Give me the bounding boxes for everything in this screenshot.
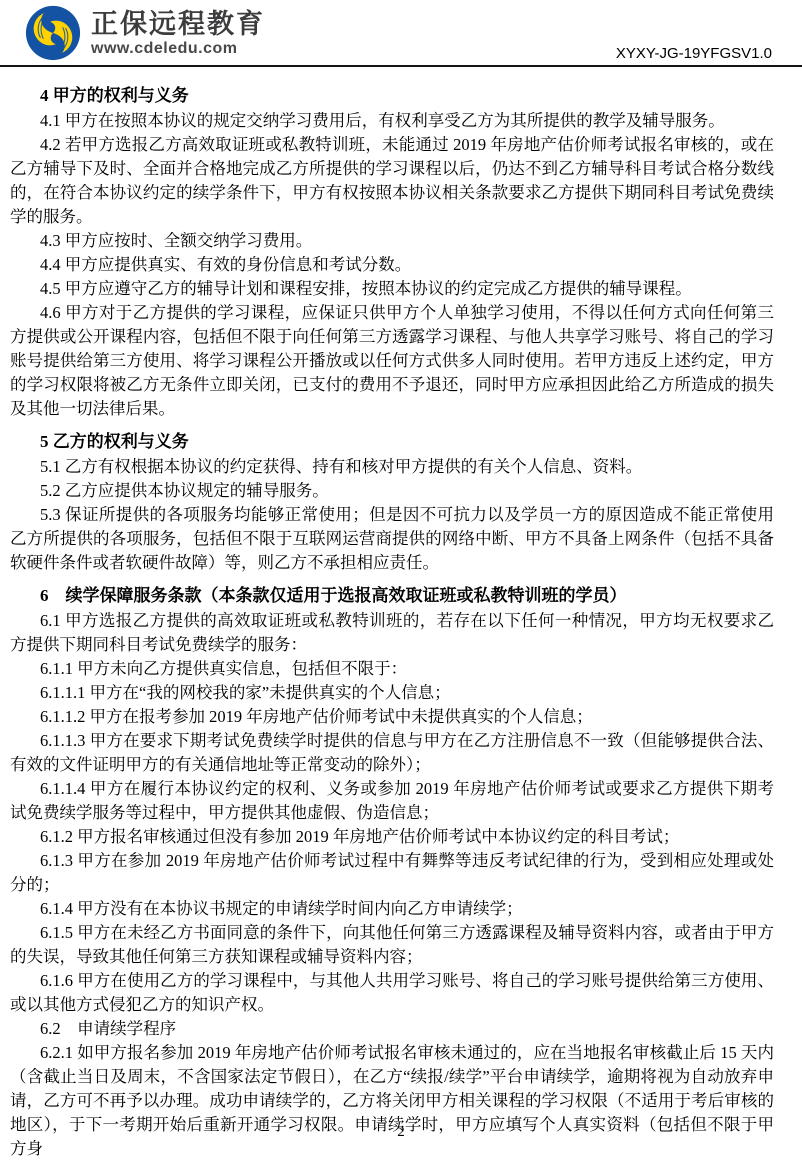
page-number: 2: [397, 1124, 405, 1140]
clause-paragraph: 6.2 申请续学程序: [10, 1017, 774, 1041]
company-name: 正保远程教育: [91, 9, 265, 39]
page-footer: 2: [0, 1124, 802, 1141]
clause-paragraph: 4.4 甲方应提供真实、有效的身份信息和考试分数。: [10, 253, 774, 277]
company-logo-text: 正保远程教育 www.cdeledu.com: [91, 9, 265, 58]
clause-paragraph: 6.1.1.2 甲方在报考参加 2019 年房地产估价师考试中未提供真实的个人信…: [10, 705, 774, 729]
clause-paragraph: 6.1.1 甲方未向乙方提供真实信息，包括但不限于：: [10, 657, 774, 681]
clause-paragraph: 5.2 乙方应提供本协议规定的辅导服务。: [10, 479, 774, 503]
clause-paragraph: 6.1.3 甲方在参加 2019 年房地产估价师考试过程中有舞弊等违反考试纪律的…: [10, 849, 774, 897]
clause-paragraph: 6.1 甲方选报乙方提供的高效取证班或私教特训班的，若存在以下任何一种情况，甲方…: [10, 609, 774, 657]
document-body: 4 甲方的权利与义务 4.1 甲方在按照本协议的规定交纳学习费用后，有权利享受乙…: [0, 67, 802, 1161]
section-4-paragraphs: 4.1 甲方在按照本协议的规定交纳学习费用后，有权利享受乙方为其所提供的教学及辅…: [10, 109, 774, 421]
clause-paragraph: 6.1.1.3 甲方在要求下期考试免费续学时提供的信息与甲方在乙方注册信息不一致…: [10, 729, 774, 777]
section-heading: 4 甲方的权利与义务: [10, 84, 774, 108]
clause-paragraph: 4.2 若甲方选报乙方高效取证班或私教特训班，未能通过 2019 年房地产估价师…: [10, 133, 774, 229]
company-website: www.cdeledu.com: [91, 39, 265, 58]
clause-paragraph: 4.5 甲方应遵守乙方的辅导计划和课程安排，按照本协议的约定完成乙方提供的辅导课…: [10, 277, 774, 301]
swirl-logo-icon: [24, 4, 82, 62]
clause-paragraph: 4.6 甲方对于乙方提供的学习课程，应保证只供甲方个人单独学习使用，不得以任何方…: [10, 301, 774, 421]
clause-paragraph: 6.1.1.1 甲方在“我的网校我的家”未提供真实的个人信息；: [10, 681, 774, 705]
section-4: 4 甲方的权利与义务 4.1 甲方在按照本协议的规定交纳学习费用后，有权利享受乙…: [10, 84, 774, 421]
clause-paragraph: 5.1 乙方有权根据本协议的约定获得、持有和核对甲方提供的有关个人信息、资料。: [10, 455, 774, 479]
clause-paragraph: 6.2.1 如甲方报名参加 2019 年房地产估价师考试报名审核未通过的，应在当…: [10, 1041, 774, 1161]
document-header: 正保远程教育 www.cdeledu.com XYXY-JG-19YFGSV1.…: [0, 0, 802, 65]
clause-paragraph: 6.1.1.4 甲方在履行本协议约定的权利、义务或参加 2019 年房地产估价师…: [10, 777, 774, 825]
section-6: 6 续学保障服务条款（本条款仅适用于选报高效取证班或私教特训班的学员） 6.1 …: [10, 584, 774, 1161]
section-5-paragraphs: 5.1 乙方有权根据本协议的约定获得、持有和核对甲方提供的有关个人信息、资料。5…: [10, 455, 774, 575]
section-heading: 6 续学保障服务条款（本条款仅适用于选报高效取证班或私教特训班的学员）: [10, 584, 774, 608]
document-code: XYXY-JG-19YFGSV1.0: [616, 45, 772, 62]
section-heading: 5 乙方的权利与义务: [10, 430, 774, 454]
company-logo: 正保远程教育 www.cdeledu.com: [24, 4, 265, 62]
document-page: 正保远程教育 www.cdeledu.com XYXY-JG-19YFGSV1.…: [0, 0, 802, 1163]
section-6-paragraphs: 6.1 甲方选报乙方提供的高效取证班或私教特训班的，若存在以下任何一种情况，甲方…: [10, 609, 774, 1161]
clause-paragraph: 4.3 甲方应按时、全额交纳学习费用。: [10, 229, 774, 253]
clause-paragraph: 5.3 保证所提供的各项服务均能够正常使用；但是因不可抗力以及学员一方的原因造成…: [10, 503, 774, 575]
clause-paragraph: 6.1.6 甲方在使用乙方的学习课程中，与其他人共用学习账号、将自己的学习账号提…: [10, 969, 774, 1017]
clause-paragraph: 4.1 甲方在按照本协议的规定交纳学习费用后，有权利享受乙方为其所提供的教学及辅…: [10, 109, 774, 133]
section-5: 5 乙方的权利与义务 5.1 乙方有权根据本协议的约定获得、持有和核对甲方提供的…: [10, 430, 774, 575]
clause-paragraph: 6.1.5 甲方在未经乙方书面同意的条件下，向其他任何第三方透露课程及辅导资料内…: [10, 921, 774, 969]
clause-paragraph: 6.1.4 甲方没有在本协议书规定的申请续学时间内向乙方申请续学；: [10, 897, 774, 921]
clause-paragraph: 6.1.2 甲方报名审核通过但没有参加 2019 年房地产估价师考试中本协议约定…: [10, 825, 774, 849]
